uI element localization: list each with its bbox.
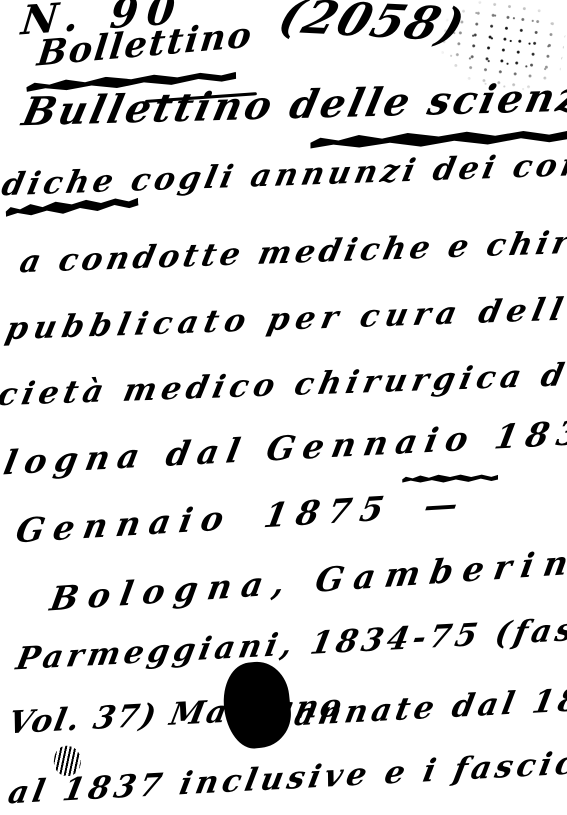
ink-blot [220,659,295,751]
line-4: pubblicato per cura della So= [2,288,567,348]
line-6: logna dal Gennaio 1834 al [1,408,567,482]
line-3: a condotte mediche e chirurgiche [16,220,567,281]
line-5: cietà medico chirurgica di Bo= [0,354,567,414]
manuscript-page: N. 90 (2058) Bollettino Bullettino delle… [0,0,567,815]
line-8: Bologna, Gamberini e [47,538,567,619]
line-9: Parmeggiani, 1834-75 (fasc. 182) [13,605,567,678]
line-11: al 1837 inclusive e i fascicoli [5,743,567,812]
line-2: diche cogli annunzi dei concorsi [0,144,567,204]
line-7: Gennaio 1875 — [13,484,470,550]
underline-1834 [402,472,498,484]
strikethrough-title-right [310,126,567,151]
